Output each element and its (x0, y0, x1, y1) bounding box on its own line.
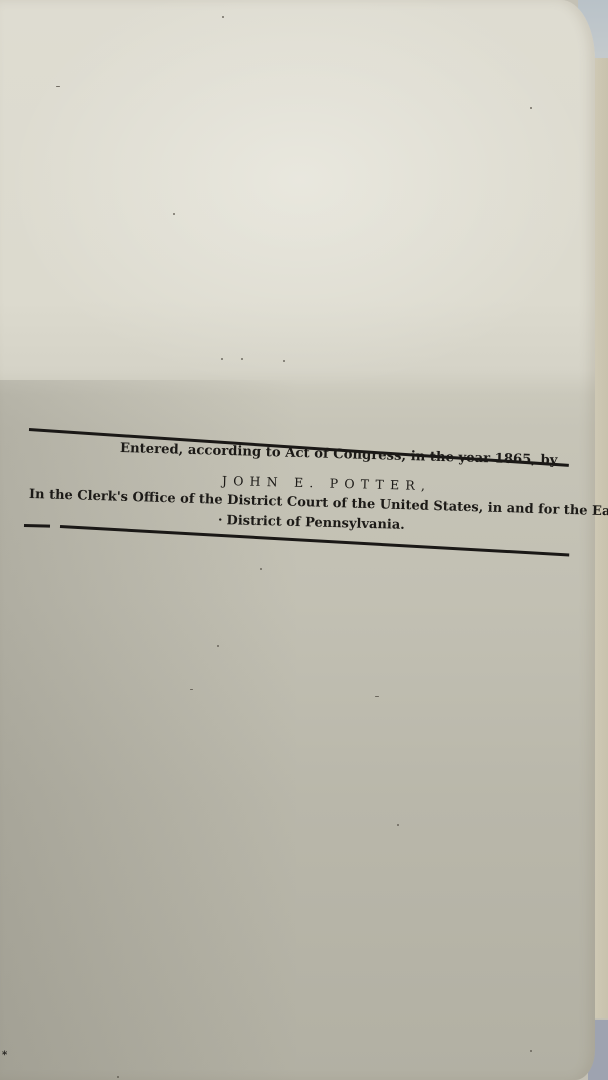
district-line: ·District of Pennsylvania. (218, 513, 405, 533)
bullet-mark: · (218, 513, 223, 528)
copyright-imprint: Entered, according to Act of Congress, i… (0, 0, 608, 1080)
publisher-name: JOHN E. POTTER, (222, 473, 432, 493)
bottom-rule-short (24, 524, 50, 528)
corner-mark: * (2, 1050, 7, 1061)
district-text: District of Pennsylvania. (226, 513, 405, 533)
copyright-entry-line: Entered, according to Act of Congress, i… (120, 441, 558, 468)
